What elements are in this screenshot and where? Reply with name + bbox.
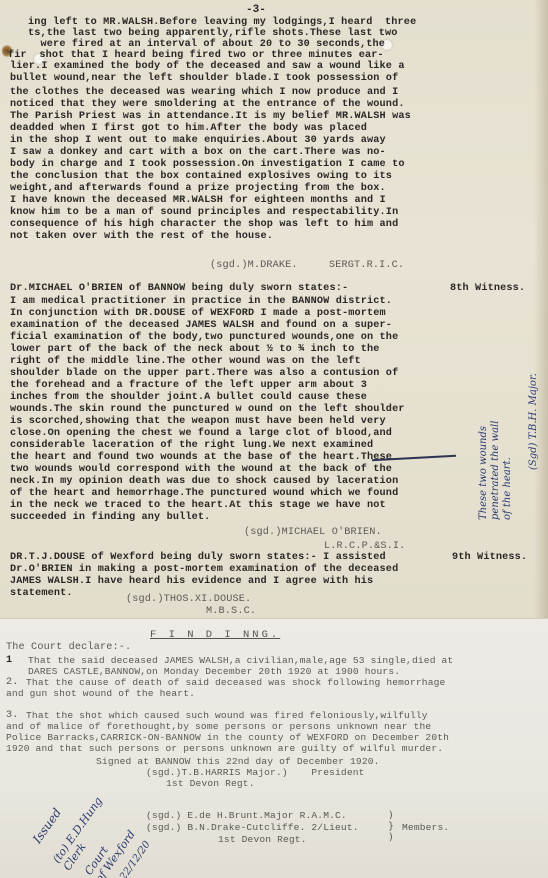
handwritten-line: penetrated the wall bbox=[490, 421, 502, 520]
text-line: right of the middle line.The other wound… bbox=[10, 356, 361, 367]
finding-number: 2. bbox=[6, 677, 19, 688]
finding-text: 1920 and that such persons or persons un… bbox=[6, 743, 443, 754]
text-line: consequence of his high character the sh… bbox=[10, 219, 398, 230]
text-line: weight,and afterwards found a prize proj… bbox=[10, 183, 386, 194]
signature-drake: (sgd.)M.DRAKE. SERGT.R.I.C. bbox=[210, 260, 404, 271]
text-line: in the neck we traced to the heart.At th… bbox=[10, 500, 386, 511]
text-line: JAMES WALSH.I have heard his evidence an… bbox=[10, 576, 373, 587]
text-line: succeeded in finding any bullet. bbox=[10, 512, 210, 523]
finding-text: That the shot which caused such wound wa… bbox=[26, 710, 428, 721]
text-line: I saw a donkey and cart with a box on th… bbox=[10, 147, 386, 158]
text-line: wounds.The skin round the punctured w ou… bbox=[10, 404, 405, 415]
text-line: ts,the last two being apparently,rifle s… bbox=[28, 28, 398, 39]
text-line: bullet wound,near the left shoulder blad… bbox=[10, 73, 398, 84]
signature-douse: (sgd.)THOS.XI.DOUSE. bbox=[126, 594, 251, 605]
text-line: the forehead and a fracture of the left … bbox=[10, 380, 367, 391]
findings-intro: The Court declare:-. bbox=[6, 642, 131, 653]
text-line: ficial examination of the body,two punct… bbox=[10, 332, 398, 343]
text-line: lower part of the back of the neck about… bbox=[10, 344, 380, 355]
witness-header: Dr.MICHAEL O'BRIEN of BANNOW being duly … bbox=[10, 283, 348, 294]
qualification-obrien: L.R.C.P.&S.I. bbox=[324, 541, 405, 552]
text-line: the clothes the deceased was wearing whi… bbox=[10, 87, 398, 98]
text-line: the heart and found two wounds at the ba… bbox=[10, 452, 392, 463]
witness-label: 9th Witness. bbox=[452, 552, 527, 563]
signature-obrien: (sgd.)MICHAEL O'BRIEN. bbox=[244, 527, 382, 538]
finding-text: and of malice of forethought,by some per… bbox=[6, 721, 431, 732]
qualification-douse: M.B.S.C. bbox=[206, 606, 256, 617]
witness-header: DR.T.J.DOUSE of Wexford being duly sworn… bbox=[10, 552, 386, 563]
text-line: shoulder blade on the upper part.There w… bbox=[10, 368, 398, 379]
witness-label: 8th Witness. bbox=[450, 283, 525, 294]
finding-text: That the cause of death of said deceased… bbox=[26, 677, 445, 688]
document-page-top: -3- ing left to MR.WALSH.Before leaving … bbox=[0, 0, 548, 618]
text-line: fir shot that I heard being fired two or… bbox=[8, 50, 384, 61]
finding-number: 1 bbox=[6, 655, 12, 666]
members-label: Members. bbox=[402, 822, 449, 833]
finding-text: That the said deceased JAMES WALSH,a civ… bbox=[28, 655, 453, 666]
text-line: the conclusion that the box contained ex… bbox=[10, 171, 392, 182]
finding-text: and gun shot wound of the heart. bbox=[6, 688, 195, 699]
member-signature-1: (sgd.) E.de H.Brunt.Major R.A.M.C. bbox=[146, 810, 347, 821]
text-line: ing left to MR.WALSH.Before leaving my l… bbox=[28, 17, 416, 28]
text-line: In conjunction with DR.DOUSE of WEXFORD … bbox=[10, 308, 386, 319]
handwritten-margin-note: These two wounds penetrated the wall of … bbox=[478, 421, 514, 520]
president-regiment: 1st Devon Regt. bbox=[166, 778, 255, 789]
text-line: considerable laceration of the right lun… bbox=[10, 440, 373, 451]
text-line: neck.In my opinion death was due to shoc… bbox=[10, 476, 398, 487]
members-brace: ) } ) bbox=[388, 810, 394, 843]
text-line: of the heart and hemorrhage.The puncture… bbox=[10, 488, 398, 499]
signed-line: Signed at BANNOW this 22nd day of Decemb… bbox=[96, 756, 380, 767]
member-signature-2: (sgd.) B.N.Drake-Cutcliffe. 2/Lieut. bbox=[146, 822, 359, 833]
text-line: Dr.O'BRIEN in making a post-mortem exami… bbox=[10, 564, 398, 575]
page-number: -3- bbox=[246, 4, 266, 16]
finding-number: 3. bbox=[6, 710, 19, 721]
text-line: lier.I examined the body of the deceased… bbox=[10, 61, 405, 72]
text-line: I have known the deceased MR.WALSH for e… bbox=[10, 195, 386, 206]
text-line: noticed that they were smoldering at the… bbox=[10, 99, 405, 110]
text-line: close.On opening the chest we found a la… bbox=[10, 428, 392, 439]
member-regiment: 1st Devon Regt. bbox=[218, 834, 307, 845]
text-line: I am medical practitioner in practice in… bbox=[10, 296, 392, 307]
handwritten-initials: (Sgd) T.B.H. Major. bbox=[528, 373, 539, 470]
text-line: two wounds would correspond with the wou… bbox=[10, 464, 392, 475]
text-line: The Parish Priest was in attendance.It i… bbox=[10, 111, 411, 122]
text-line: know him to be a man of sound principles… bbox=[10, 207, 398, 218]
text-line: inches from the shoulder joint.A bullet … bbox=[10, 392, 367, 403]
text-line: statement. bbox=[10, 588, 73, 599]
text-line: examination of the deceased JAMES WALSH … bbox=[10, 320, 392, 331]
finding-text: DARES CASTLE,BANNOW,on Monday December 2… bbox=[28, 666, 400, 677]
handwritten-line: These two wounds bbox=[478, 421, 490, 520]
text-line: deadded when I first got to him.After th… bbox=[10, 123, 367, 134]
finding-text: Police Barracks,CARRICK-ON-BANNOW in the… bbox=[6, 732, 449, 743]
text-line: not taken over with the rest of the hous… bbox=[10, 231, 273, 242]
text-line: is scorched,showing that the weapon must… bbox=[10, 416, 386, 427]
text-line: in the shop I went out to make enquiries… bbox=[10, 135, 386, 146]
text-line: body in charge and I took possession.On … bbox=[10, 159, 405, 170]
handwritten-line: of the heart. bbox=[502, 421, 514, 520]
text-line: were fired at an interval of about 20 to… bbox=[28, 39, 385, 50]
president-signature: (sgd.)T.B.HARRIS Major.) President bbox=[146, 767, 365, 778]
findings-title: F I N D I NNG. bbox=[150, 629, 280, 641]
